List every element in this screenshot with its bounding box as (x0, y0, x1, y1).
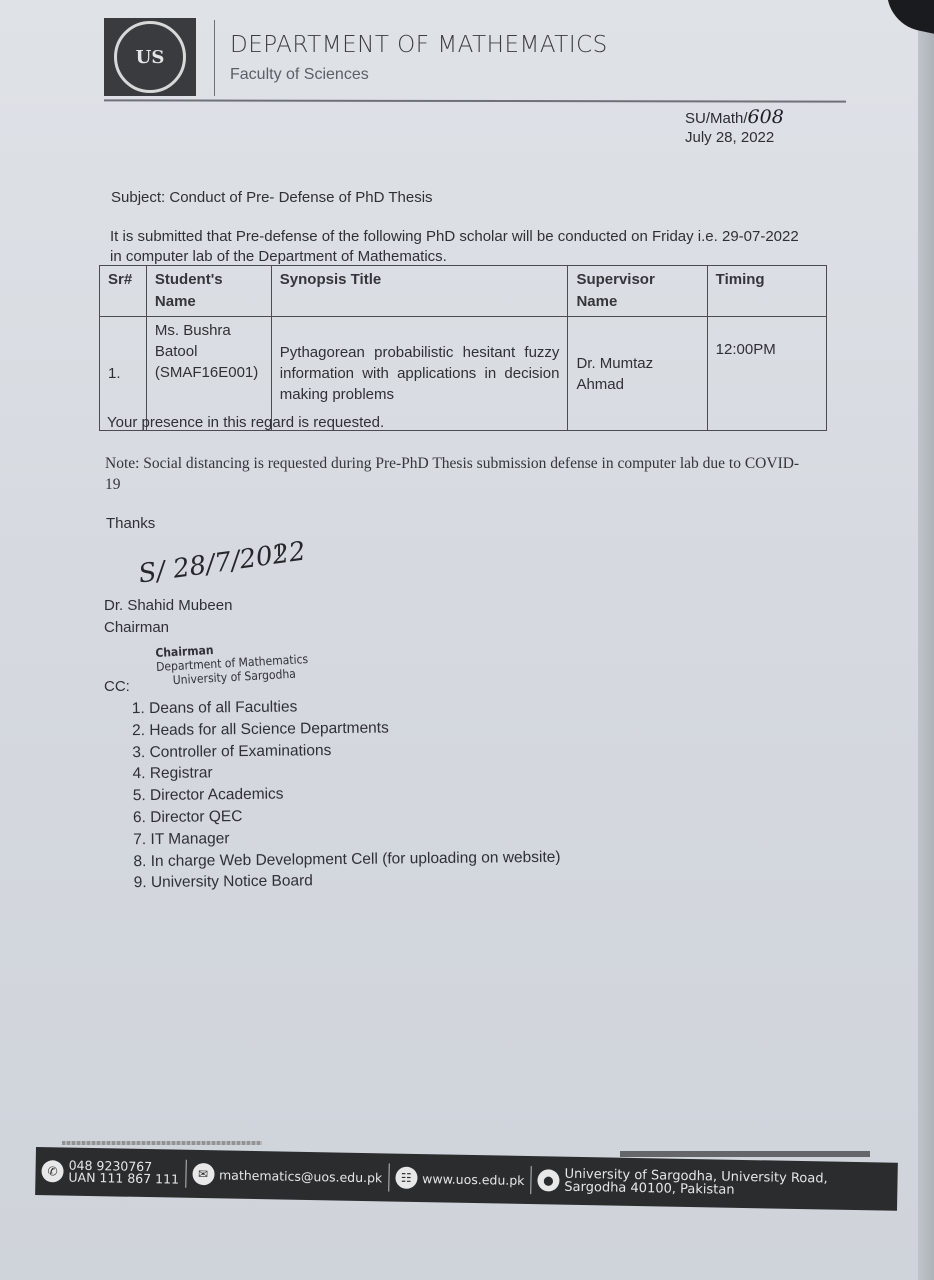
footer-phone: ✆ 048 9230767 UAN 111 867 111 (35, 1159, 185, 1186)
website-url: www.uos.edu.pk (422, 1171, 525, 1188)
cc-list: Deans of all Faculties Heads for all Sci… (121, 694, 561, 895)
university-logo: US (104, 18, 196, 96)
mail-icon: ✉ (192, 1163, 214, 1185)
schedule-table: Sr# Student's Name Synopsis Title Superv… (99, 265, 827, 431)
signer-name: Dr. Shahid Mubeen (104, 597, 232, 614)
header-student-name: Student's Name (146, 266, 271, 317)
phone-icon: ✆ (41, 1160, 63, 1182)
footer-email: ✉ mathematics@uos.edu.pk (186, 1163, 389, 1189)
subject-line: Subject: Conduct of Pre- Defense of PhD … (111, 189, 433, 206)
header-timing: Timing (707, 266, 826, 317)
thanks-text: Thanks (106, 515, 155, 532)
reference-handwritten-number: 608 (748, 106, 784, 128)
student-registration: (SMAF16E001) (155, 362, 263, 383)
signer-role: Chairman (104, 619, 169, 636)
cell-supervisor: Dr. Mumtaz Ahmad (568, 317, 707, 431)
student-name-line: Batool (155, 341, 263, 362)
reference-number: SU/Math/608 (685, 106, 784, 128)
email-address: mathematics@uos.edu.pk (219, 1167, 382, 1185)
student-name-line: Ms. Bushra (155, 320, 263, 341)
footer-website: ☷ www.uos.edu.pk (389, 1166, 531, 1191)
faculty-name: Faculty of Sciences (230, 66, 369, 84)
logo-text: US (136, 47, 165, 68)
letter-date: July 28, 2022 (685, 129, 774, 146)
header-supervisor-name: Supervisor Name (568, 266, 707, 317)
presence-request: Your presence in this regard is requeste… (107, 414, 384, 431)
intro-paragraph: It is submitted that Pre-defense of the … (110, 227, 810, 267)
page-edge (918, 0, 934, 1280)
cc-label: CC: (104, 678, 130, 695)
reference-prefix: SU/Math/ (685, 110, 748, 127)
header-synopsis-title: Synopsis Title (271, 266, 568, 317)
signature-mark (278, 544, 280, 556)
footer-address: ● University of Sargodha, University Roa… (531, 1167, 834, 1199)
header-sr: Sr# (100, 266, 147, 317)
uan-number: UAN 111 867 111 (68, 1172, 179, 1186)
cc-item: University Notice Board (151, 868, 561, 894)
department-title: DEPARTMENT OF MATHEMATICS (230, 32, 608, 58)
cell-timing: 12:00PM (707, 317, 826, 431)
location-pin-icon: ● (537, 1169, 559, 1191)
footer-decor (62, 1141, 262, 1145)
seal-icon: US (114, 21, 186, 93)
covid-note: Note: Social distancing is requested dur… (105, 453, 805, 495)
footer-decor (620, 1151, 870, 1157)
official-stamp: Chairman Department of Mathematics Unive… (155, 638, 309, 688)
table-header-row: Sr# Student's Name Synopsis Title Superv… (100, 266, 827, 317)
header-divider (214, 20, 215, 96)
globe-icon: ☷ (395, 1167, 417, 1189)
